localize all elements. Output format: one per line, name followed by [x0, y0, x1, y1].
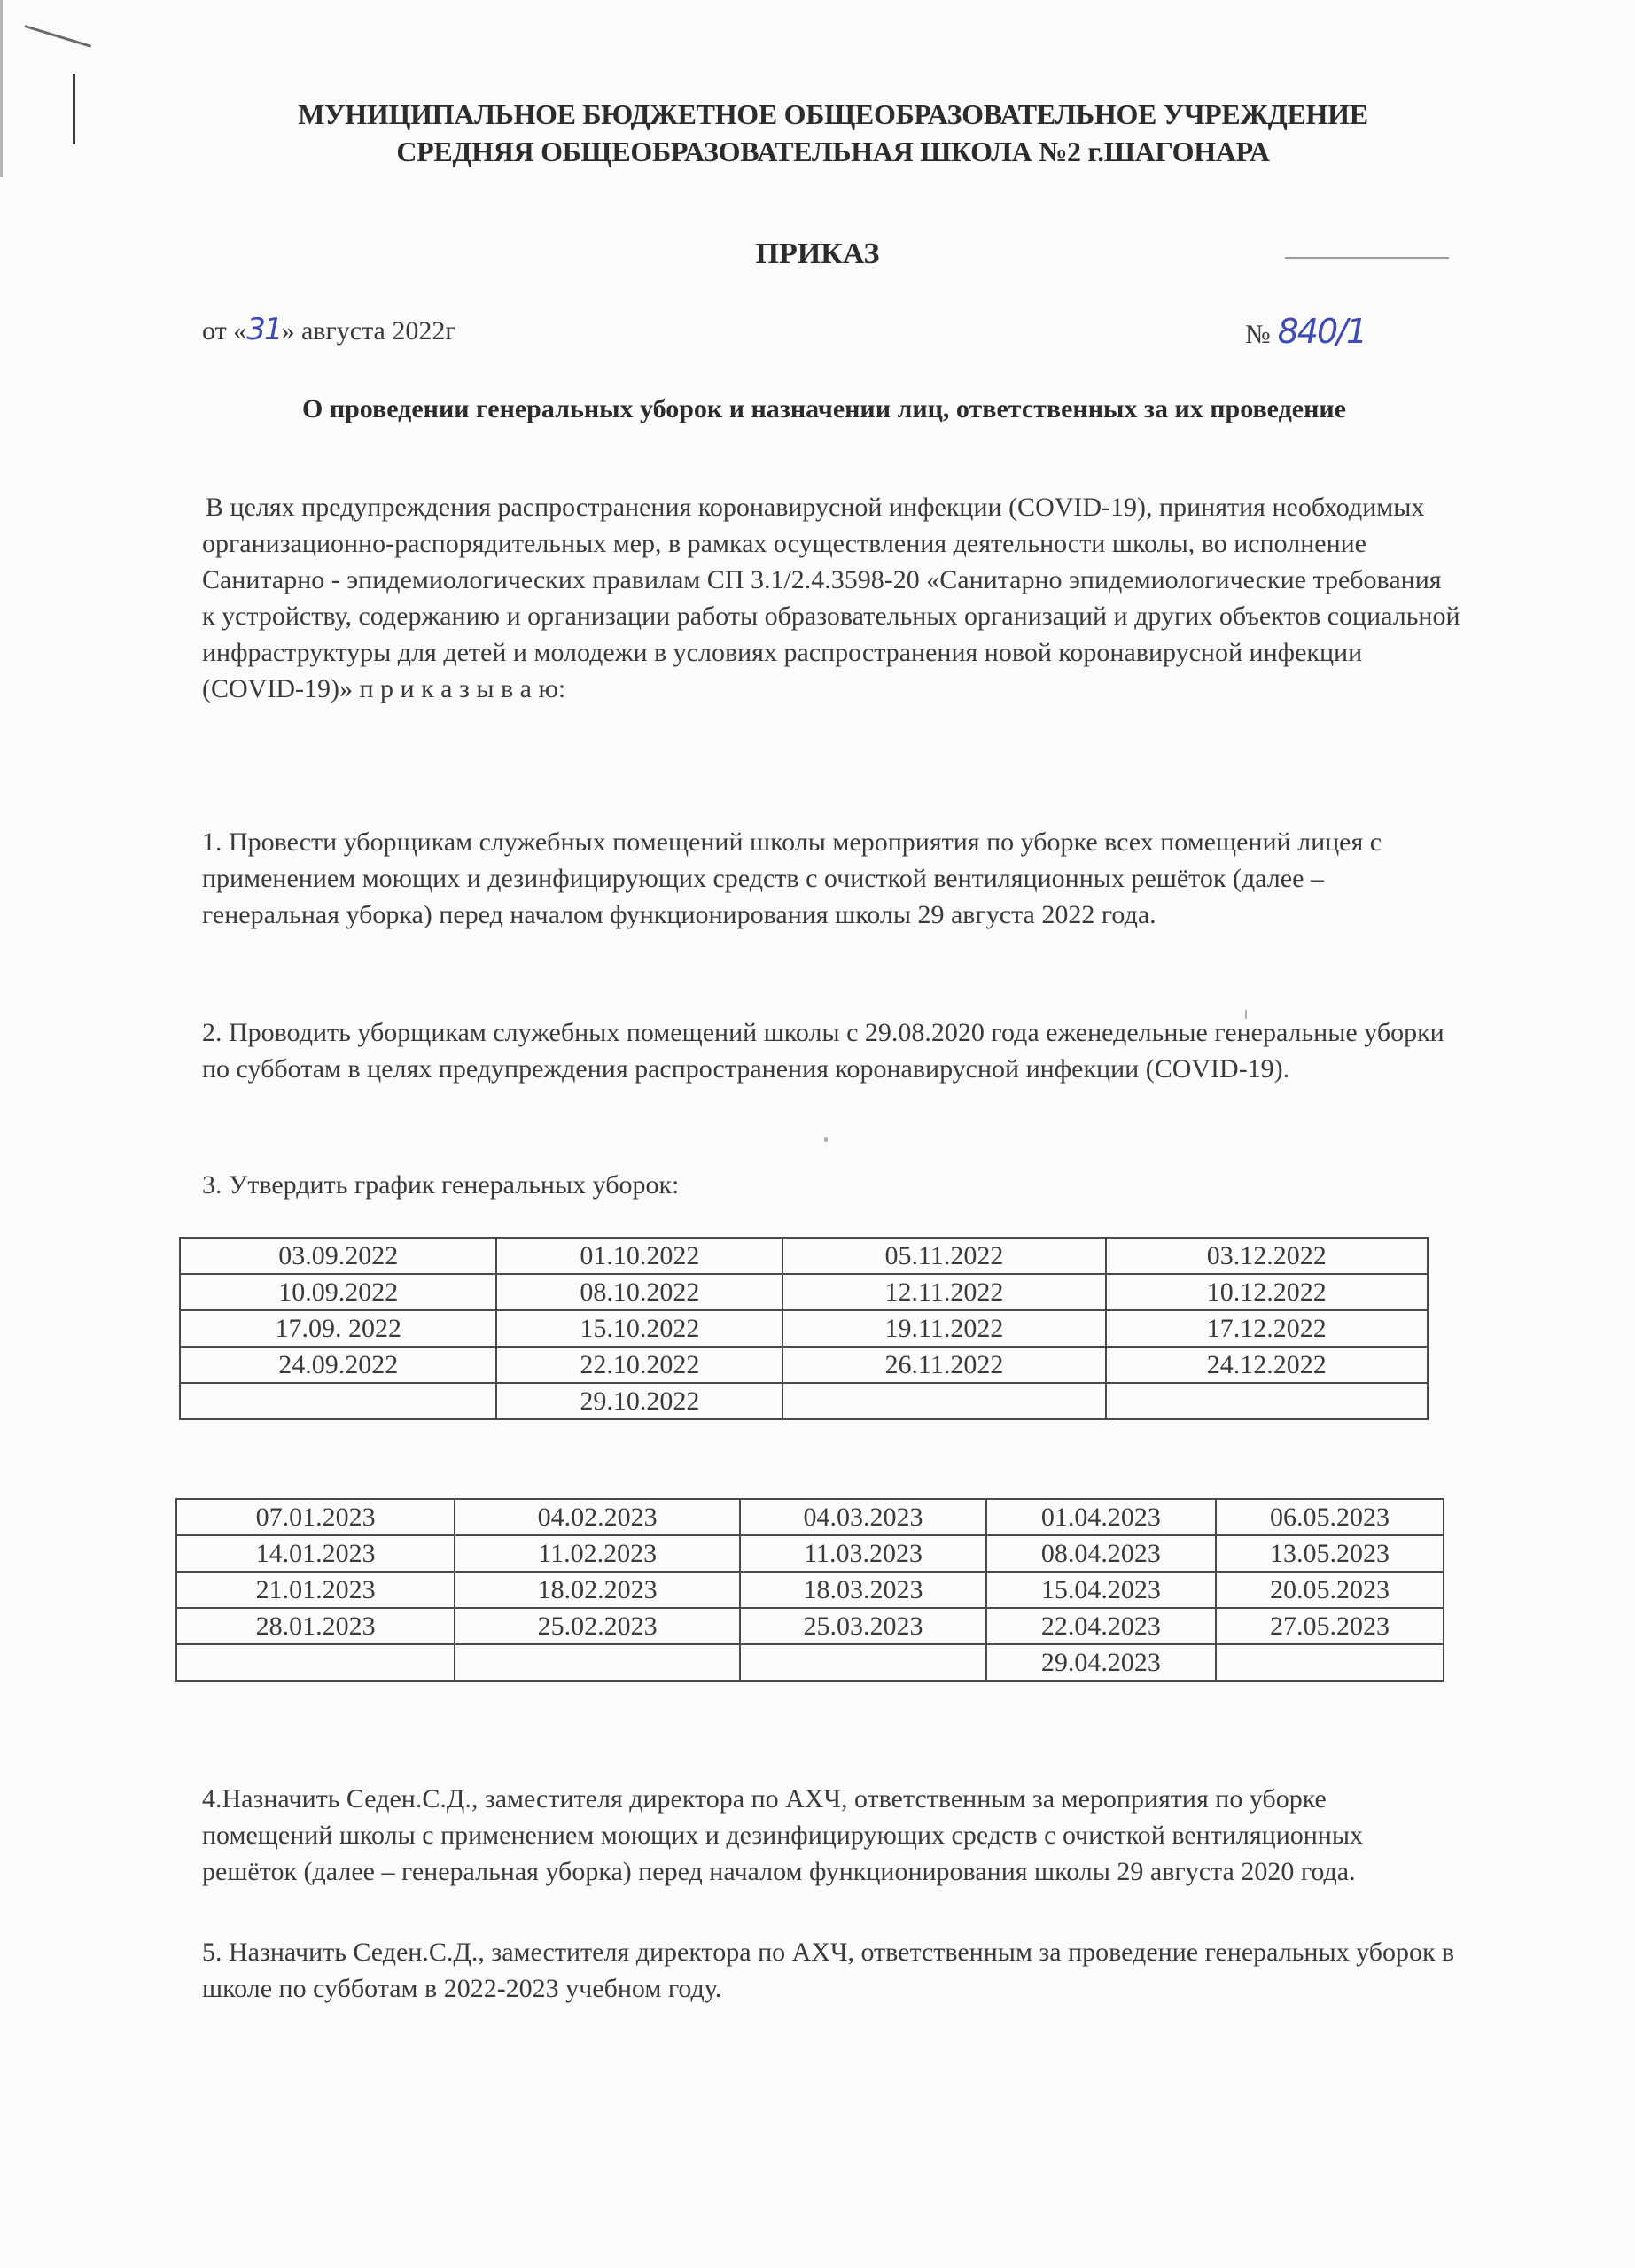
table-cell	[1216, 1644, 1444, 1681]
table-cell	[176, 1644, 455, 1681]
item-4: 4.Назначить Седен.С.Д., заместителя дире…	[202, 1781, 1460, 1890]
table-cell: 05.11.2022	[782, 1238, 1105, 1274]
table-cell: 21.01.2023	[176, 1572, 455, 1608]
intro-paragraph: В целях предупреждения распространения к…	[202, 489, 1460, 707]
scanned-document-page: МУНИЦИПАЛЬНОЕ БЮДЖЕТНОЕ ОБЩЕОБРАЗОВАТЕЛЬ…	[0, 0, 1635, 2268]
table-cell: 25.03.2023	[740, 1608, 986, 1644]
item-3: 3. Утвердить график генеральных уборок:	[202, 1167, 1460, 1203]
date-suffix: » августа 2022г	[281, 316, 455, 346]
table-cell: 26.11.2022	[782, 1347, 1105, 1383]
org-name-line-1: МУНИЦИПАЛЬНОЕ БЮДЖЕТНОЕ ОБЩЕОБРАЗОВАТЕЛЬ…	[177, 96, 1489, 133]
table-cell: 18.02.2023	[455, 1572, 740, 1608]
table-cell	[782, 1383, 1105, 1419]
table-cell: 24.12.2022	[1106, 1347, 1428, 1383]
table-row: 29.04.2023	[176, 1644, 1444, 1681]
org-name-line-2: СРЕДНЯЯ ОБЩЕОБРАЗОВАТЕЛЬНАЯ ШКОЛА №2 г.Ш…	[177, 133, 1489, 170]
item-5: 5. Назначить Седен.С.Д., заместителя дир…	[202, 1934, 1460, 2007]
scan-mark-diagonal	[25, 25, 91, 48]
table-row: 07.01.202304.02.202304.03.202301.04.2023…	[176, 1499, 1444, 1535]
table-cell: 11.02.2023	[455, 1535, 740, 1572]
document-title: ПРИКАЗ	[0, 237, 1635, 271]
scan-speck	[1245, 1010, 1247, 1019]
table-cell: 07.01.2023	[176, 1499, 455, 1535]
table-row: 17.09. 202215.10.202219.11.202217.12.202…	[180, 1310, 1428, 1347]
organization-header: МУНИЦИПАЛЬНОЕ БЮДЖЕТНОЕ ОБЩЕОБРАЗОВАТЕЛЬ…	[177, 96, 1489, 170]
table-cell: 04.02.2023	[455, 1499, 740, 1535]
table-cell: 17.12.2022	[1106, 1310, 1428, 1347]
table-cell: 08.10.2022	[496, 1274, 782, 1310]
item-1: 1. Провести уборщикам служебных помещени…	[202, 824, 1460, 933]
table-cell: 11.03.2023	[740, 1535, 986, 1572]
table-cell: 18.03.2023	[740, 1572, 986, 1608]
table-row: 10.09.202208.10.202212.11.202210.12.2022	[180, 1274, 1428, 1310]
order-date: от «31» августа 2022г	[202, 312, 456, 347]
handwritten-order-number: 840/1	[1278, 312, 1366, 351]
order-number: №840/1	[1245, 312, 1366, 351]
table-row: 29.10.2022	[180, 1383, 1428, 1419]
table-cell: 14.01.2023	[176, 1535, 455, 1572]
number-label: №	[1245, 320, 1271, 349]
table-cell: 27.05.2023	[1216, 1608, 1444, 1644]
scan-edge-artifact	[0, 0, 3, 177]
table-cell: 01.10.2022	[496, 1238, 782, 1274]
table-cell: 12.11.2022	[782, 1274, 1105, 1310]
table-row: 03.09.202201.10.202205.11.202203.12.2022	[180, 1238, 1428, 1274]
table-cell: 19.11.2022	[782, 1310, 1105, 1347]
table-cell	[740, 1644, 986, 1681]
table-cell	[455, 1644, 740, 1681]
table-cell	[1106, 1383, 1428, 1419]
table-cell: 03.09.2022	[180, 1238, 496, 1274]
table-cell: 15.04.2023	[986, 1572, 1216, 1608]
order-subject: О проведении генеральных уборок и назнач…	[204, 390, 1444, 429]
table-cell: 17.09. 2022	[180, 1310, 496, 1347]
table-cell: 08.04.2023	[986, 1535, 1216, 1572]
schedule-table-2023: 07.01.202304.02.202304.03.202301.04.2023…	[175, 1498, 1444, 1682]
table-cell: 20.05.2023	[1216, 1572, 1444, 1608]
table-cell: 06.05.2023	[1216, 1499, 1444, 1535]
date-prefix: от «	[202, 316, 246, 346]
table-cell: 29.04.2023	[986, 1644, 1216, 1681]
item-2: 2. Проводить уборщикам служебных помещен…	[202, 1014, 1460, 1087]
handwritten-day: 31	[246, 312, 281, 347]
table-row: 28.01.202325.02.202325.03.202322.04.2023…	[176, 1608, 1444, 1644]
table-cell: 03.12.2022	[1106, 1238, 1428, 1274]
scan-mark-vertical	[73, 74, 75, 144]
table-cell: 10.09.2022	[180, 1274, 496, 1310]
table-cell: 10.12.2022	[1106, 1274, 1428, 1310]
table-cell: 01.04.2023	[986, 1499, 1216, 1535]
scan-speck	[824, 1137, 828, 1142]
table-cell: 15.10.2022	[496, 1310, 782, 1347]
table-row: 21.01.202318.02.202318.03.202315.04.2023…	[176, 1572, 1444, 1608]
schedule-table-2022: 03.09.202201.10.202205.11.202203.12.2022…	[179, 1237, 1429, 1420]
table-cell: 22.04.2023	[986, 1608, 1216, 1644]
table-cell: 13.05.2023	[1216, 1535, 1444, 1572]
horizontal-rule	[1285, 257, 1449, 259]
table-cell: 25.02.2023	[455, 1608, 740, 1644]
table-row: 14.01.202311.02.202311.03.202308.04.2023…	[176, 1535, 1444, 1572]
table-cell: 28.01.2023	[176, 1608, 455, 1644]
table-cell: 04.03.2023	[740, 1499, 986, 1535]
table-cell: 22.10.2022	[496, 1347, 782, 1383]
table-row: 24.09.202222.10.202226.11.202224.12.2022	[180, 1347, 1428, 1383]
table-cell: 29.10.2022	[496, 1383, 782, 1419]
table-cell: 24.09.2022	[180, 1347, 496, 1383]
table-cell	[180, 1383, 496, 1419]
